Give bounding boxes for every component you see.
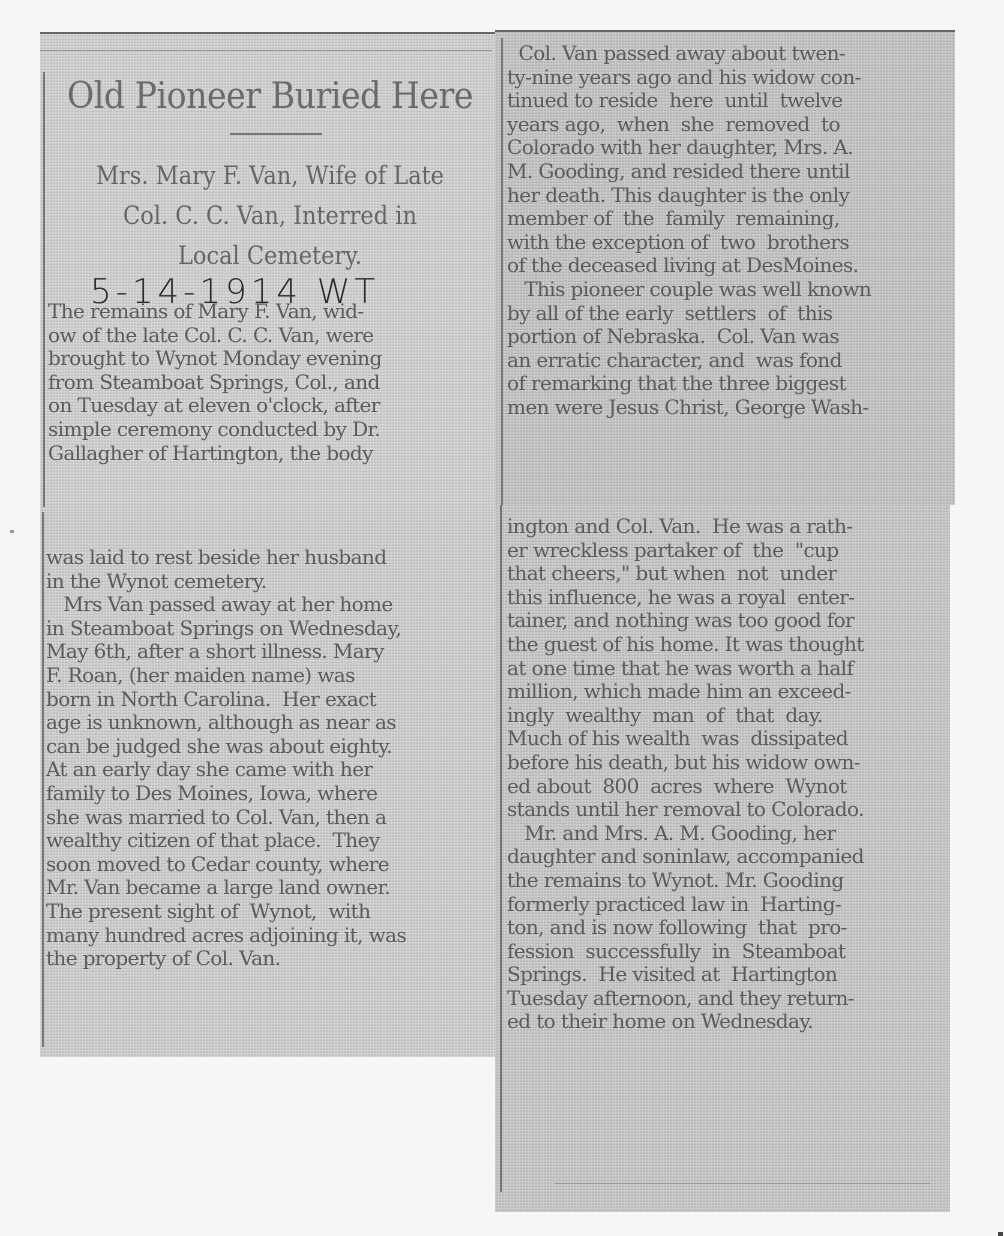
text-line: May 6th, after a short illness. Mary — [46, 640, 406, 664]
text-line: er wreckless partaker of the "cup — [507, 539, 864, 563]
text-line: soon moved to Cedar county, where — [46, 853, 406, 877]
text-line: Mr. Van became a large land owner. — [46, 876, 406, 900]
subheadline-line: Col. C. C. Van, Interred in — [63, 196, 477, 236]
text-line: Much of his wealth was dissipated — [507, 727, 864, 751]
text-line: formerly practiced law in Harting- — [507, 893, 864, 917]
text-line: Mr. and Mrs. A. M. Gooding, her — [507, 822, 864, 846]
end-rule — [555, 1183, 930, 1184]
column-rule — [43, 72, 45, 507]
text-line: can be judged she was about eighty. — [46, 735, 406, 759]
subheadline-line: Mrs. Mary F. Van, Wife of Late — [63, 156, 477, 196]
top-border-rule — [495, 30, 955, 32]
text-line: before his death, but his widow own- — [507, 751, 864, 775]
text-line: her death. This daughter is the only — [507, 184, 871, 208]
text-line: this influence, he was a royal enter- — [507, 586, 864, 610]
column-text-right-bottom: ington and Col. Van. He was a rath-er wr… — [507, 515, 864, 1034]
text-line: The remains of Mary F. Van, wid- — [48, 300, 382, 324]
text-line: ed to their home on Wednesday. — [507, 1010, 864, 1034]
text-line: tinued to reside here until twelve — [507, 89, 871, 113]
text-line: that cheers," but when not under — [507, 562, 864, 586]
text-line: she was married to Col. Van, then a — [46, 806, 406, 830]
text-line: stands until her removal to Colorado. — [507, 798, 864, 822]
clipping-left-top: Old Pioneer Buried Here Mrs. Mary F. Van… — [40, 32, 500, 515]
text-line: The present sight of Wynot, with — [46, 900, 406, 924]
text-line: tainer, and nothing was too good for — [507, 609, 864, 633]
text-line: ty-nine years ago and his widow con- — [507, 66, 871, 90]
text-line: with the exception of two brothers — [507, 231, 871, 255]
text-line: ow of the late Col. C. C. Van, were — [48, 324, 382, 348]
text-line: F. Roan, (her maiden name) was — [46, 664, 406, 688]
text-line: wealthy citizen of that place. They — [46, 829, 406, 853]
text-line: fession successfully in Steamboat — [507, 940, 864, 964]
text-line: age is unknown, although as near as — [46, 711, 406, 735]
text-line: of remarking that the three biggest — [507, 372, 871, 396]
text-line: was laid to rest beside her husband — [46, 546, 406, 570]
headline-divider — [230, 133, 322, 135]
text-line: years ago, when she removed to — [507, 113, 871, 137]
text-line: from Steamboat Springs, Col., and — [48, 371, 382, 395]
text-line: of the deceased living at DesMoines. — [507, 254, 871, 278]
text-line: Tuesday afternoon, and they return- — [507, 987, 864, 1011]
text-line: by all of the early settlers of this — [507, 302, 871, 326]
text-line: M. Gooding, and resided there until — [507, 160, 871, 184]
text-line: the guest of his home. It was thought — [507, 633, 864, 657]
clipping-right-top: Col. Van passed away about twen-ty-nine … — [495, 30, 955, 505]
text-line: in Steamboat Springs on Wednesday, — [46, 617, 406, 641]
clipping-left-bottom: was laid to rest beside her husbandin th… — [40, 512, 495, 1057]
clipping-right-bottom: ington and Col. Van. He was a rath-er wr… — [495, 505, 950, 1212]
text-line: Colorado with her daughter, Mrs. A. — [507, 136, 871, 160]
column-rule — [500, 505, 502, 1192]
text-line: portion of Nebraska. Col. Van was — [507, 325, 871, 349]
text-line: at one time that he was worth a half — [507, 657, 864, 681]
headline: Old Pioneer Buried Here — [58, 76, 481, 117]
column-text-left-bottom: was laid to rest beside her husbandin th… — [46, 546, 406, 971]
text-line: brought to Wynot Monday evening — [48, 347, 382, 371]
column-text-left-top: The remains of Mary F. Van, wid-ow of th… — [48, 300, 382, 465]
text-line: ed about 800 acres where Wynot — [507, 775, 864, 799]
text-line: an erratic character, and was fond — [507, 349, 871, 373]
top-border-rule — [40, 32, 500, 34]
scan-speck — [10, 530, 14, 533]
text-line: million, which made him an exceed- — [507, 680, 864, 704]
text-line: born in North Carolina. Her exact — [46, 688, 406, 712]
subheadline-line: Local Cemetery. — [63, 236, 477, 276]
column-rule — [501, 38, 503, 505]
text-line: Gallagher of Hartington, the body — [48, 442, 382, 466]
text-line: Mrs Van passed away at her home — [46, 593, 406, 617]
column-text-right-top: Col. Van passed away about twen-ty-nine … — [507, 42, 871, 420]
text-line: family to Des Moines, Iowa, where — [46, 782, 406, 806]
text-line: ington and Col. Van. He was a rath- — [507, 515, 864, 539]
text-line: daughter and soninlaw, accompanied — [507, 845, 864, 869]
column-rule — [42, 512, 44, 1047]
text-line: ingly wealthy man of that day. — [507, 704, 864, 728]
scan-speck — [998, 1232, 1003, 1236]
top-border-rule-secondary — [40, 50, 492, 51]
text-line: ton, and is now following that pro- — [507, 916, 864, 940]
text-line: many hundred acres adjoining it, was — [46, 924, 406, 948]
text-line: in the Wynot cemetery. — [46, 570, 406, 594]
text-line: Col. Van passed away about twen- — [507, 42, 871, 66]
text-line: the property of Col. Van. — [46, 947, 406, 971]
text-line: Springs. He visited at Hartington — [507, 963, 864, 987]
text-line: This pioneer couple was well known — [507, 278, 871, 302]
text-line: on Tuesday at eleven o'clock, after — [48, 394, 382, 418]
text-line: men were Jesus Christ, George Wash- — [507, 396, 871, 420]
text-line: member of the family remaining, — [507, 207, 871, 231]
subheadline: Mrs. Mary F. Van, Wife of Late Col. C. C… — [63, 156, 477, 276]
text-line: simple ceremony conducted by Dr. — [48, 418, 382, 442]
text-line: At an early day she came with her — [46, 758, 406, 782]
text-line: the remains to Wynot. Mr. Gooding — [507, 869, 864, 893]
